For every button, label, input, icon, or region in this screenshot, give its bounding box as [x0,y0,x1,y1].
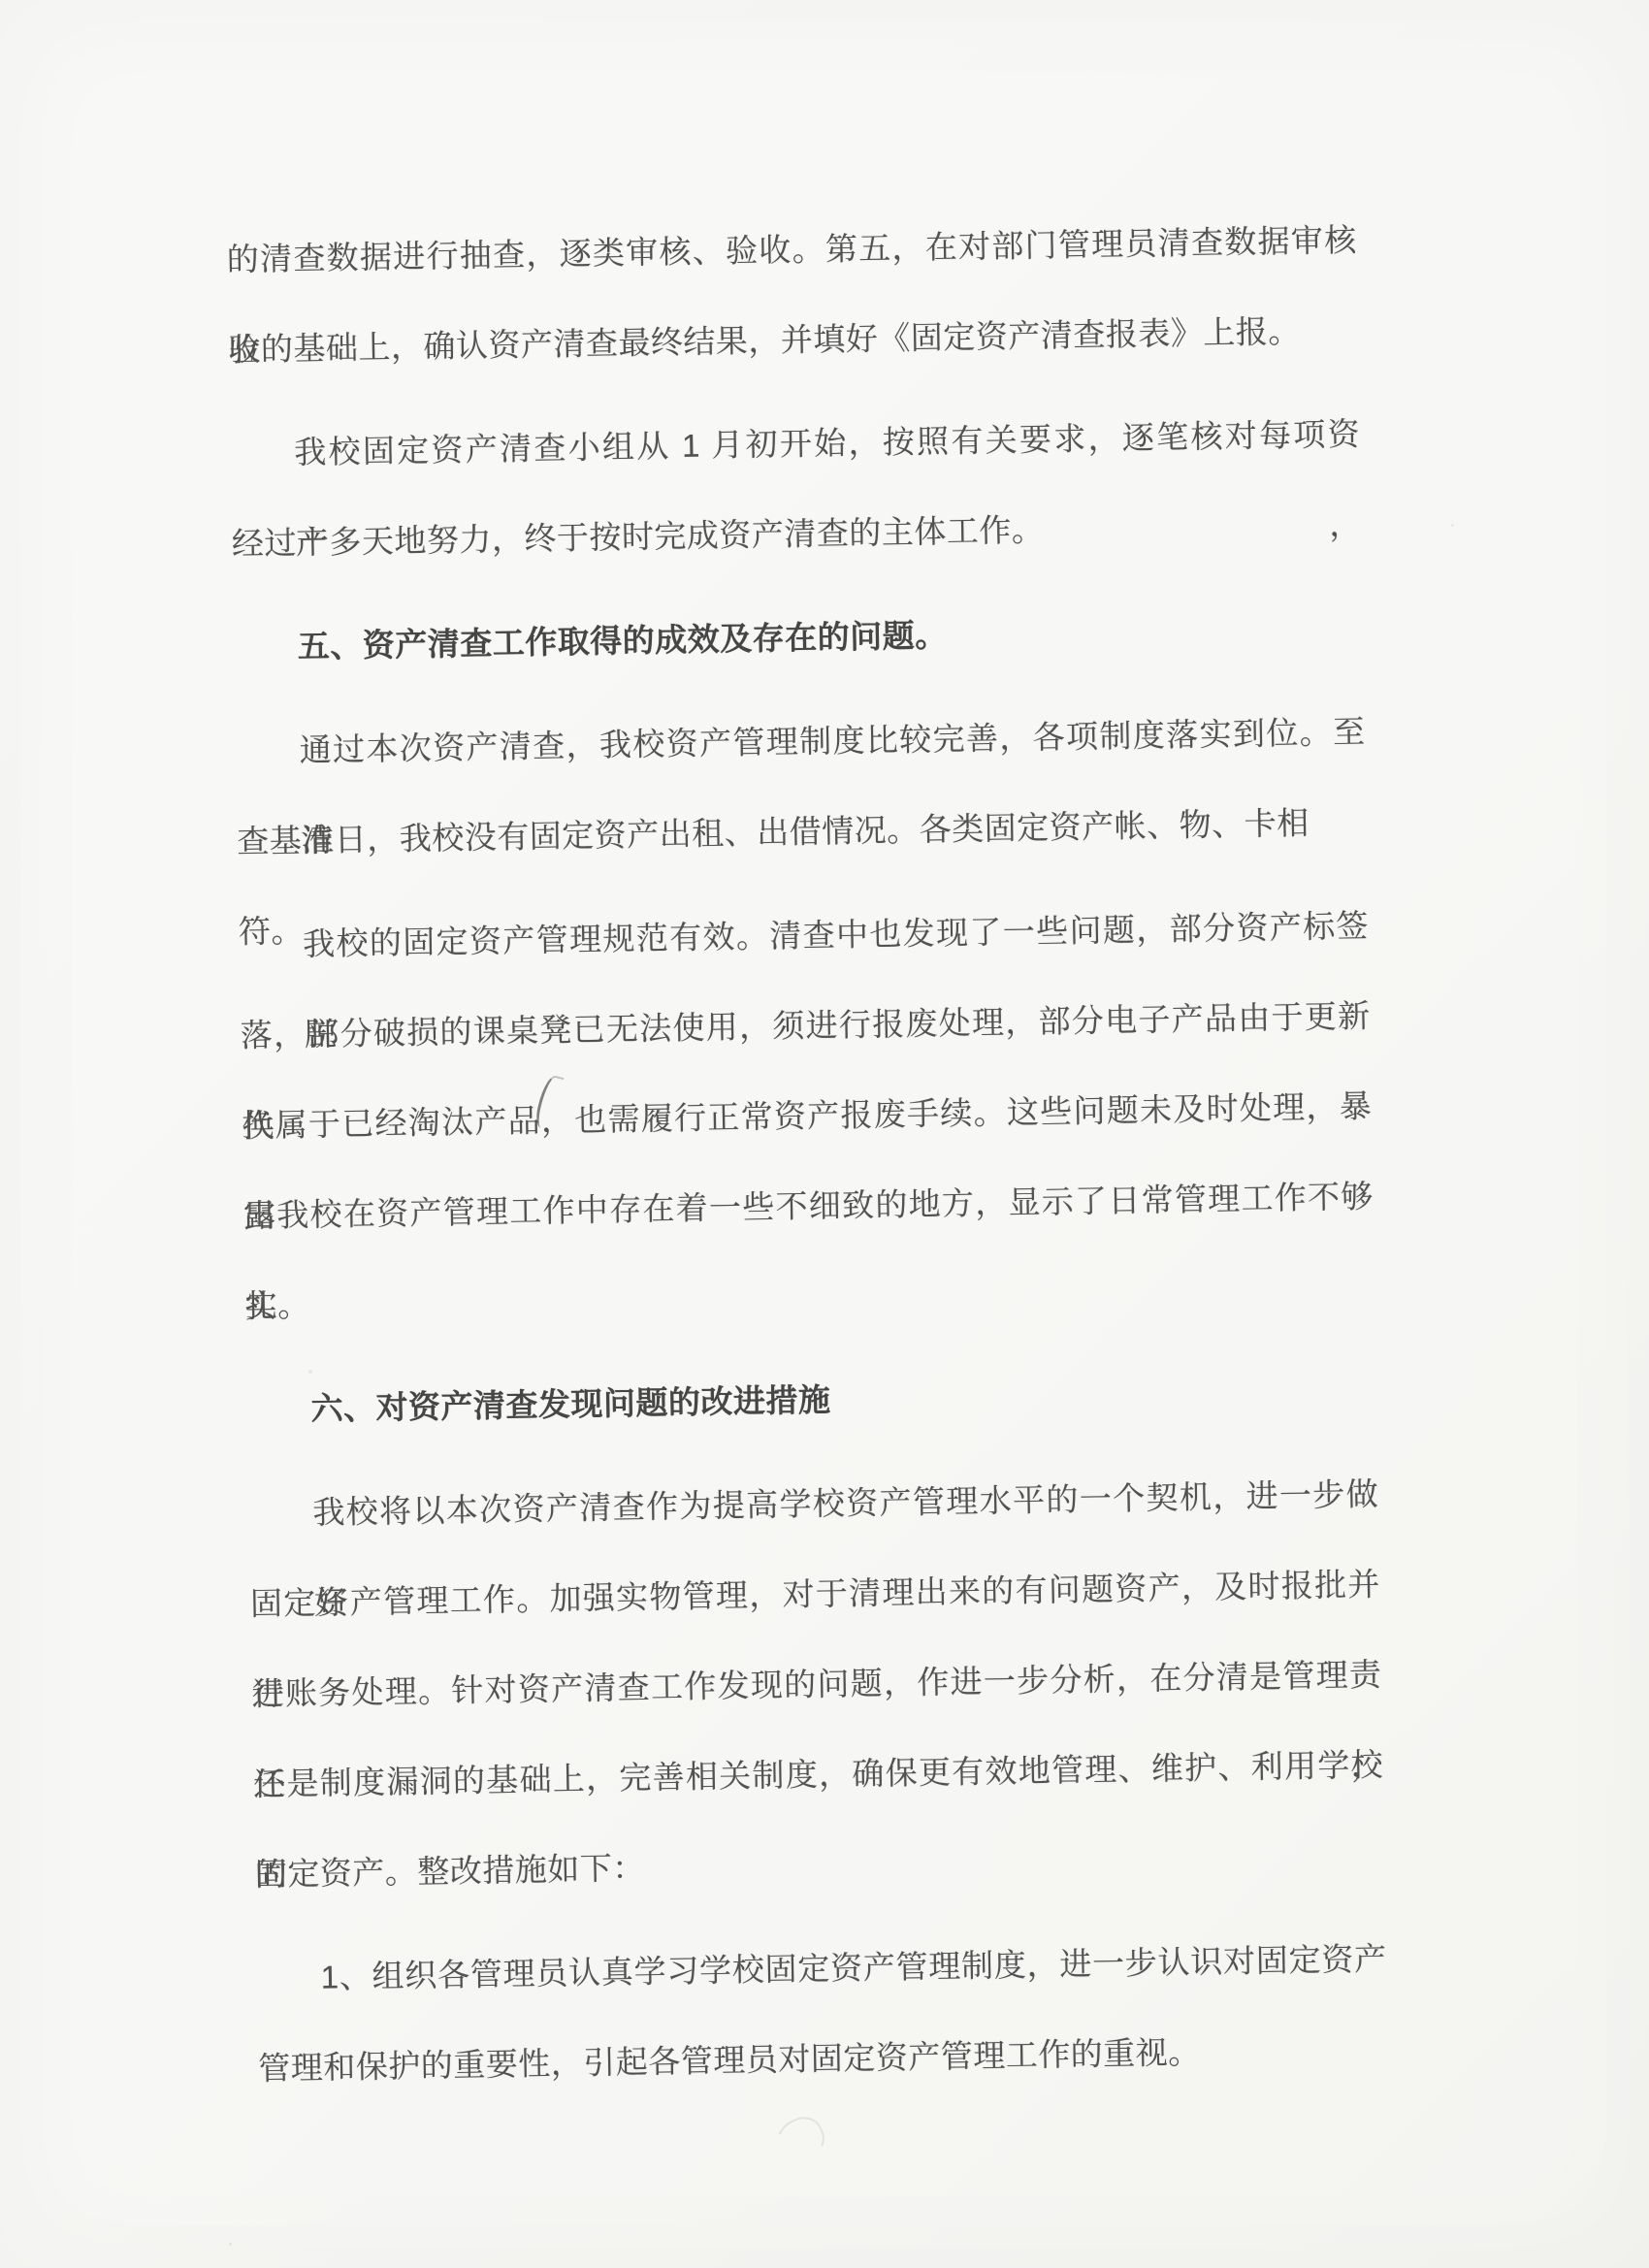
scanned-document-page: 的清查数据进行抽查，逐类审核、验收。第五，在对部门管理员清查数据审核验收的基础上… [0,0,1649,2268]
section-heading: 五、资产清查工作取得的成效及存在的问题。 [233,583,1364,693]
paragraph: 我校将以本次资产清查作为提高学校资产管理水平的一个契机，进一步做好固定资产管理工… [248,1448,1386,1919]
heading-line: 六、对资产清查发现问题的改进措施 [246,1345,1377,1454]
paragraph: 的清查数据进行抽查，逐类审核、验收。第五，在对部门管理员清查数据审核验收的基础上… [226,195,1359,395]
text-line: 查基准日，我校没有固定资产出租、出借情况。各类固定资产帐、物、卡相符。 [236,777,1367,887]
speck-artifact [229,2243,232,2246]
heading-line: 五、资产清查工作取得的成效及存在的问题。 [233,583,1364,693]
paragraph: 1、组织各管理员认真学习学校固定资产管理制度，进一步认识对固定资产管理和保护的重… [256,1913,1389,2113]
paragraph: 我校固定资产清查小组从 1 月初开始，按照有关要求，逐笔核对每项资产，经过十多天… [229,389,1362,589]
text-line: 收的基础上，确认资产清查最终结果，并填好《固定资产清查报表》上报。 [228,285,1359,395]
smudge-artifact [769,2111,831,2170]
section-heading: 六、对资产清查发现问题的改进措施 [246,1345,1377,1454]
text-line: 我校固定资产清查小组从 1 月初开始，按照有关要求，逐笔核对每项资产， [229,389,1360,499]
text-line: 管理和保护的重要性，引起各管理员对固定资产管理工作的重视。 [258,2003,1389,2113]
speck-artifact [1451,524,1454,527]
document-content: 的清查数据进行抽查，逐类审核、验收。第五，在对部门管理员清查数据审核验收的基础上… [226,195,1389,2114]
paragraph: 通过本次资产清查，我校资产管理制度比较完善，各项制度落实到位。至清查基准日，我校… [235,687,1368,887]
text-line: 固定资产。整改措施如下： [254,1809,1385,1919]
paragraph: 我校的固定资产管理规范有效。清查中也发现了一些问题，部分资产标签脱落，部分破损的… [238,881,1375,1351]
speck-artifact [308,1370,312,1374]
